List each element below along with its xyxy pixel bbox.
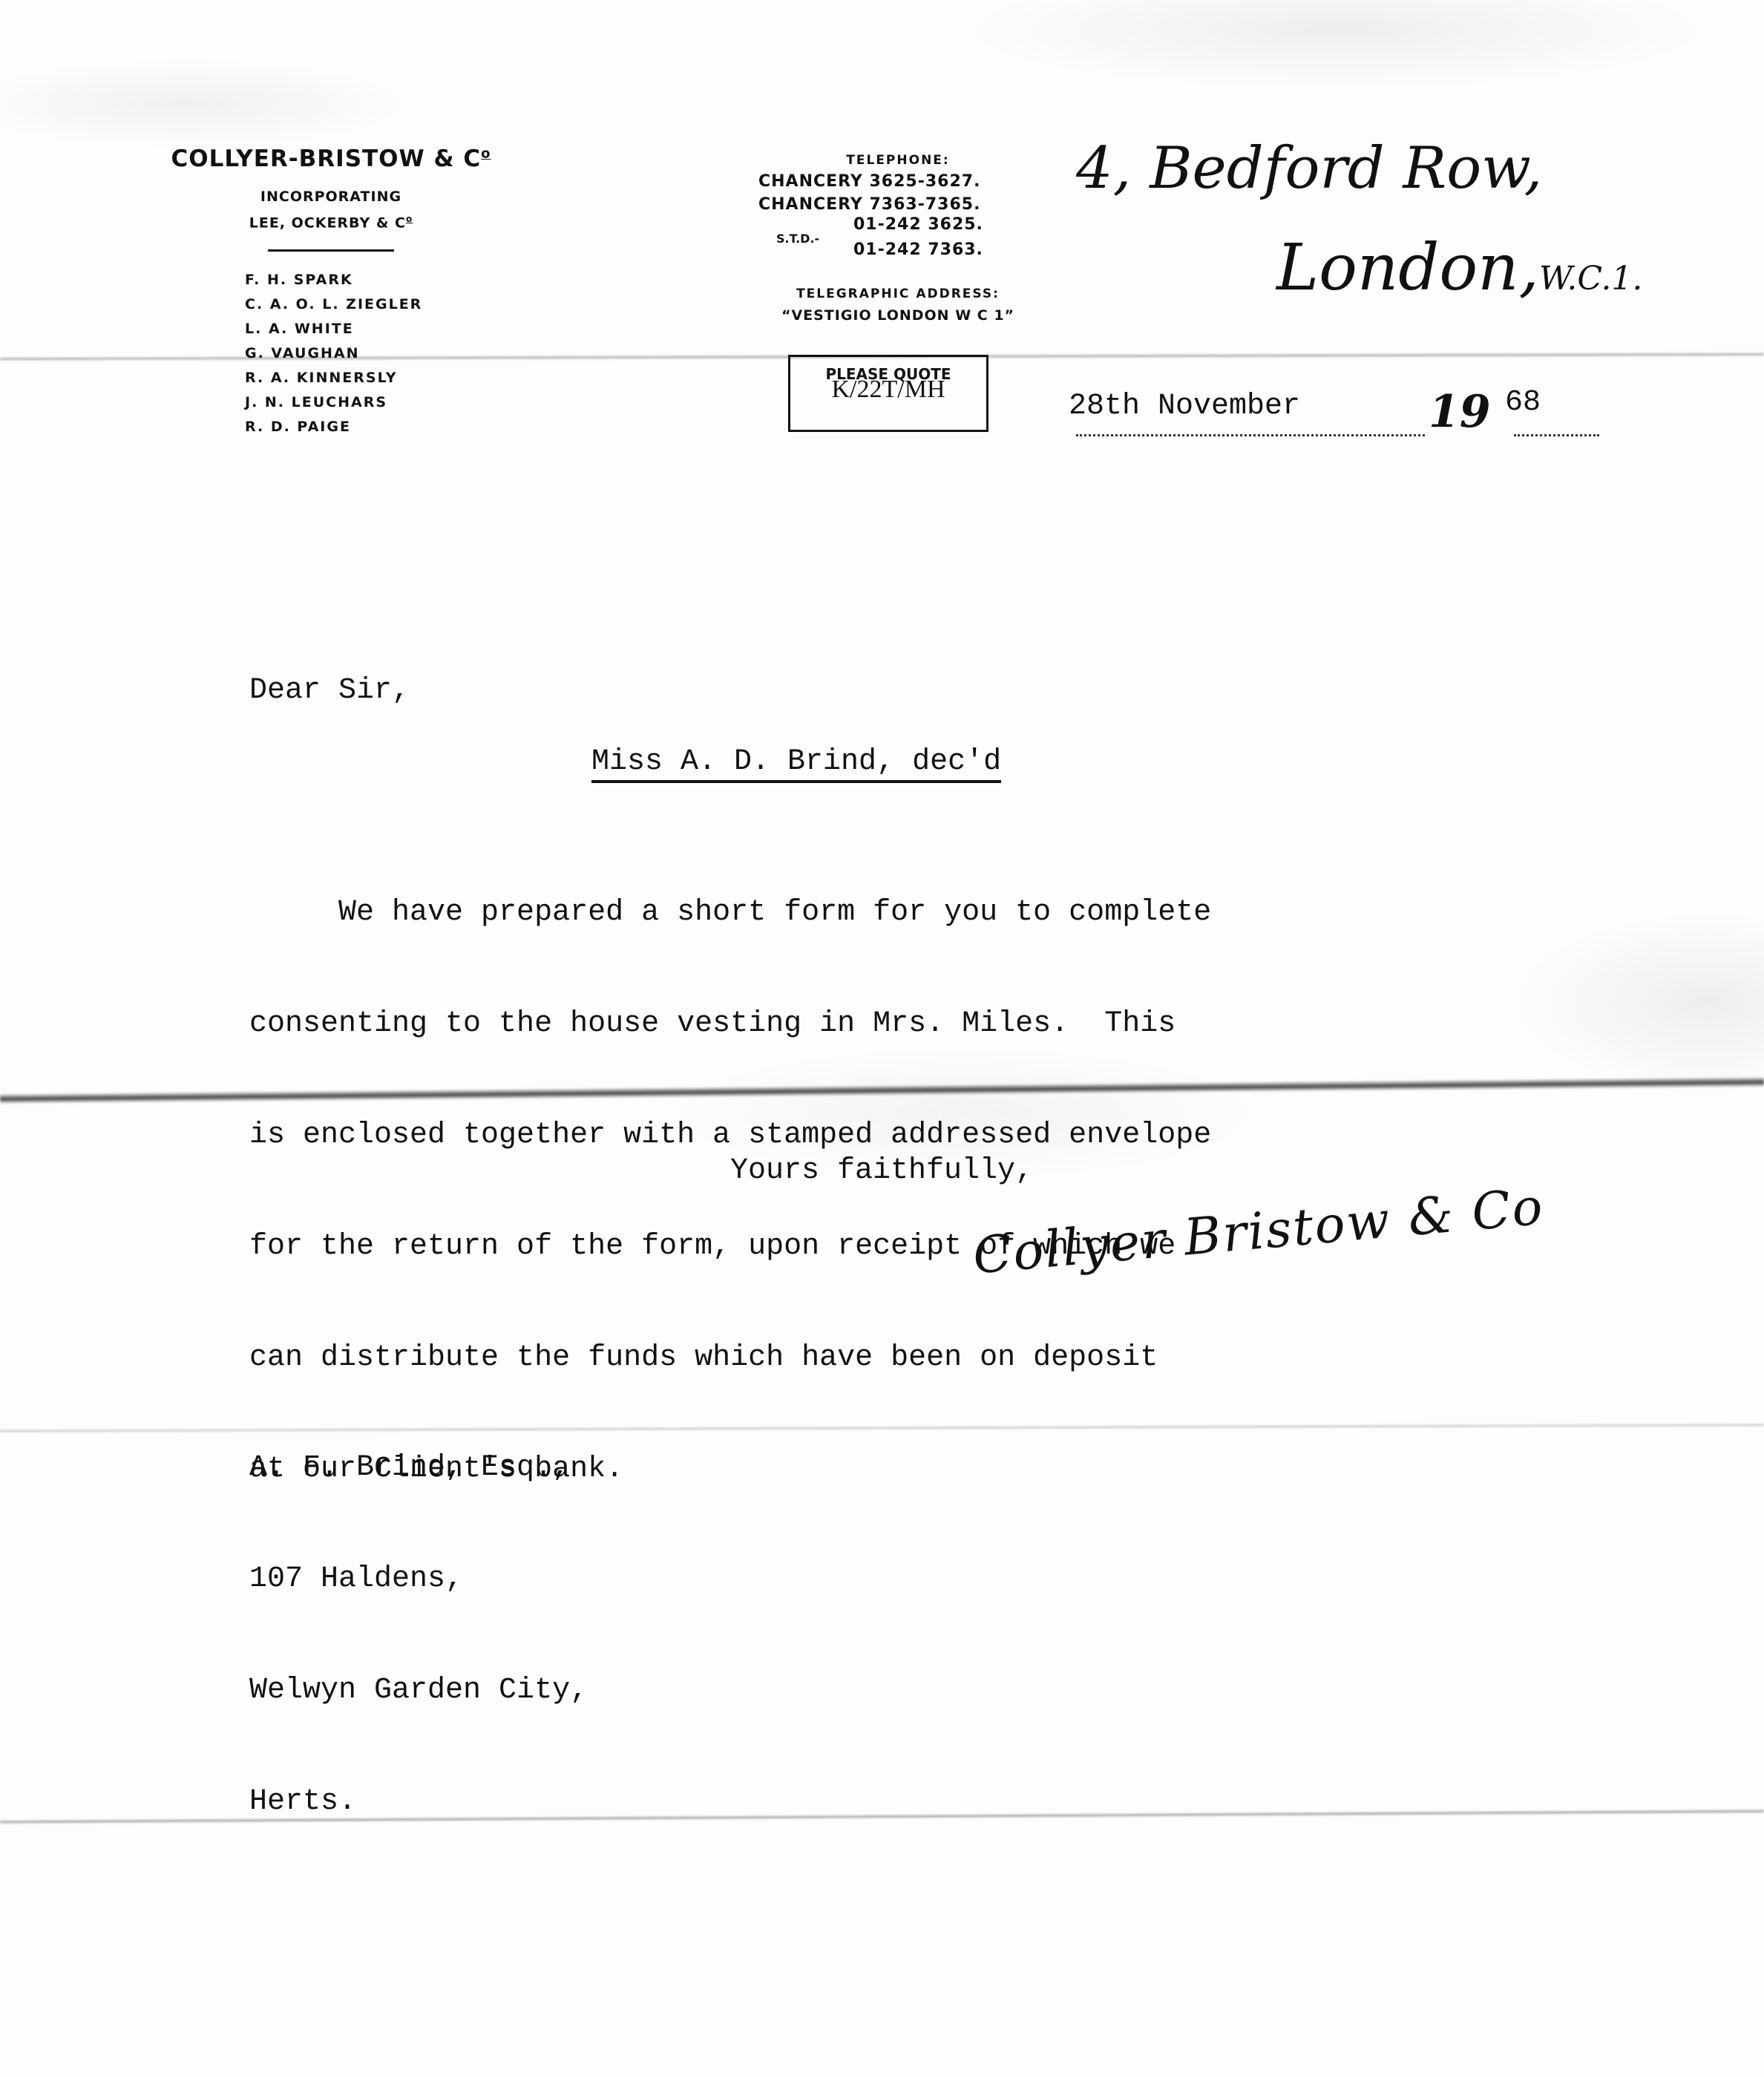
- partner-name: J. N. LEUCHARS: [245, 394, 422, 419]
- header-divider: [268, 249, 394, 252]
- partner-name: R. D. PAIGE: [245, 419, 422, 443]
- std-label: S.T.D.-: [776, 232, 819, 246]
- incorporated-firm: LEE, OCKERBY & Co: [138, 214, 524, 231]
- date-year: 68: [1505, 386, 1541, 419]
- std-number: 01-242 7363.: [853, 240, 983, 259]
- salutation: Dear Sir,: [249, 672, 410, 710]
- addressee-block: A. F. Brind, Esq., 107 Haldens, Welwyn G…: [249, 1375, 588, 1858]
- telephone-number: CHANCERY 7363-7365.: [742, 195, 1054, 214]
- partner-list: F. H. SPARK C. A. O. L. ZIEGLER L. A. WH…: [245, 272, 422, 443]
- partner-name: R. A. KINNERSLY: [245, 370, 422, 394]
- firm-header: COLLYER-BRISTOW & Co INCORPORATING LEE, …: [138, 145, 524, 252]
- firm-name: COLLYER-BRISTOW & Co: [138, 145, 524, 172]
- telegraphic-label: TELEGRAPHIC ADDRESS:: [742, 286, 1054, 301]
- std-number: 01-242 3625.: [853, 215, 983, 234]
- incorporating-label: INCORPORATING: [138, 189, 524, 205]
- std-numbers: S.T.D.- 01-242 3625. 01-242 7363.: [742, 215, 1054, 270]
- addressee-line: A. F. Brind, Esq.,: [249, 1450, 588, 1487]
- body-line: is enclosed together with a stamped addr…: [249, 1117, 1211, 1154]
- date-dotted-line: [1514, 434, 1599, 436]
- address-street: 4, Bedford Row,: [1076, 140, 1542, 197]
- partner-name: L. A. WHITE: [245, 321, 422, 345]
- closing: Yours faithfully,: [730, 1153, 1033, 1190]
- partner-name: C. A. O. L. ZIEGLER: [245, 296, 422, 321]
- reference-box: PLEASE QUOTE K/22T/MH: [788, 355, 988, 432]
- contact-block: TELEPHONE: CHANCERY 3625-3627. CHANCERY …: [742, 153, 1054, 324]
- addressee-line: 107 Haldens,: [249, 1561, 588, 1598]
- address-city: London,W.C.1.: [1276, 236, 1642, 300]
- quote-reference: K/22T/MH: [790, 376, 986, 404]
- partner-name: F. H. SPARK: [245, 272, 422, 296]
- date-dotted-line: [1076, 434, 1425, 436]
- addressee-line: Welwyn Garden City,: [249, 1672, 588, 1709]
- addressee-line: Herts.: [249, 1784, 588, 1821]
- telephone-number: CHANCERY 3625-3627.: [742, 172, 1054, 191]
- letter-date: 28th November: [1069, 390, 1300, 423]
- address-postcode: W.C.1.: [1539, 260, 1643, 298]
- body-line: can distribute the funds which have been…: [249, 1340, 1211, 1377]
- partner-name: G. VAUGHAN: [245, 345, 422, 370]
- telephone-label: TELEPHONE:: [742, 153, 1054, 168]
- subject-line: Miss A. D. Brind, dec'd: [591, 746, 1001, 783]
- body-line: We have prepared a short form for you to…: [249, 894, 1211, 931]
- telegraphic-address: “VESTIGIO LONDON W C 1”: [742, 307, 1054, 324]
- date-century: 19: [1429, 386, 1491, 438]
- body-line: consenting to the house vesting in Mrs. …: [249, 1006, 1211, 1043]
